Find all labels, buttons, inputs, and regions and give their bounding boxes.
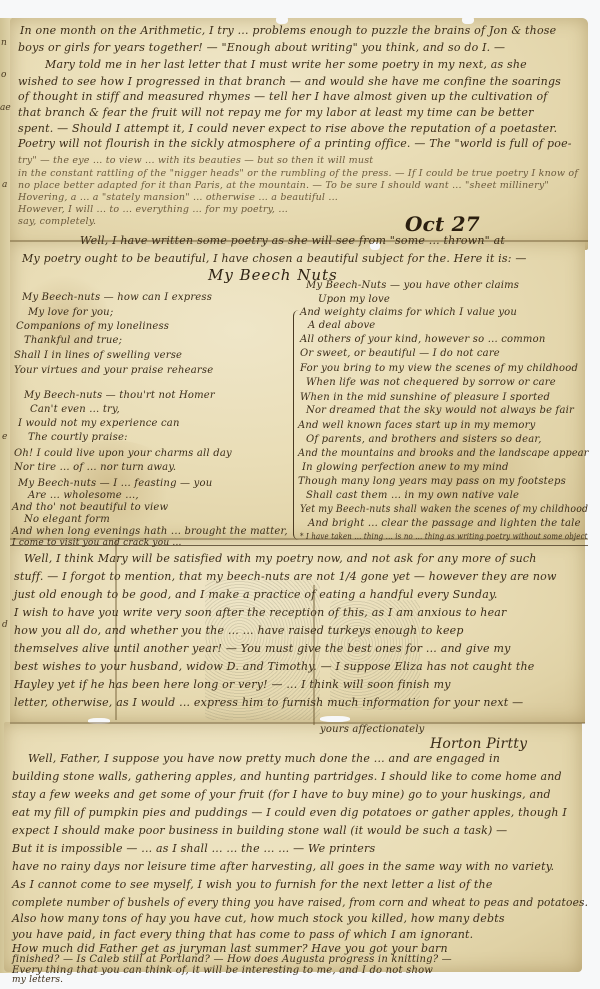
poem-line: Or sweet, or beautiful — I do not care — [300, 348, 500, 359]
text-line: stay a few weeks and get some of your fr… — [12, 788, 551, 801]
text-line: Poetry will not flourish in the sickly a… — [18, 137, 572, 150]
text-line: eat my fill of pumpkin pies and puddings… — [12, 806, 567, 819]
text-line: Hayley yet if he has been here long or v… — [14, 678, 451, 691]
poem-line: All others of your kind, however so ... … — [300, 334, 545, 345]
poem-line: When life was not chequered by sorrow or… — [306, 377, 556, 388]
text-line: you have paid, in fact every thing that … — [12, 928, 473, 941]
text-line: try" — the eye ... to view ... with its … — [18, 155, 373, 166]
text-line: in the constant rattling of the "nigger … — [18, 168, 578, 179]
poem-line: Though many long years may pass on my fo… — [298, 476, 566, 487]
poem-line: I would not my experience can — [18, 418, 180, 429]
poem-line: Upon my love — [318, 294, 390, 305]
poem-line: Are ... wholesome ..., — [28, 490, 139, 501]
text-line: have no rainy days nor leisure time afte… — [12, 860, 554, 873]
poem-line: My love for you; — [28, 307, 113, 318]
poem-line: Can't even ... try, — [30, 404, 120, 415]
poem-line: And tho' not beautiful to view — [12, 502, 168, 513]
text-line: say, completely. — [18, 216, 96, 227]
text-line: letter, otherwise, as I would ... expres… — [14, 696, 523, 709]
poem-line: A deal above — [308, 320, 375, 331]
text-line: Well, I think Mary will be satisfied wit… — [24, 552, 537, 565]
text-line: finished? — Is Caleb still at Portland? … — [12, 954, 452, 965]
paper-tear — [462, 16, 474, 24]
poem-line: Thankful and true; — [24, 335, 122, 346]
text-line: complete number of bushels of every thin… — [12, 896, 588, 909]
poem-line: Shall cast them ... in my own native val… — [306, 490, 519, 501]
text-line: expect I should make poor business in bu… — [12, 824, 507, 837]
text-line: how you all do, and whether you the ... … — [14, 624, 464, 637]
text-line: my letters. — [12, 975, 63, 985]
text-line: stuff. — I forgot to mention, that my be… — [14, 570, 557, 583]
poem-line: Shall I in lines of swelling verse — [14, 350, 182, 361]
poem-line: Companions of my loneliness — [16, 321, 169, 332]
date-mark: Oct 27 — [405, 212, 480, 236]
poem-line: The courtly praise: — [28, 432, 128, 443]
fold-line — [10, 722, 585, 724]
text-line: Also how many tons of hay you have cut, … — [12, 912, 505, 925]
text-line: But it is impossible — ... as I shall ..… — [12, 842, 375, 855]
section-divider — [10, 545, 588, 546]
poem-line: And weighty claims for which I value you — [300, 307, 517, 318]
poem-line: And bright ... clear the passage and lig… — [308, 518, 581, 529]
poem-line: No elegant form — [24, 514, 110, 525]
poem-line: Your virtues and your praise rehearse — [14, 365, 213, 376]
text-line: My poetry ought to be beautiful, I have … — [22, 252, 527, 265]
poem-line: My Beech-nuts — I ... feasting — you — [18, 478, 212, 489]
text-line: However, I will ... to ... everything ..… — [18, 204, 288, 215]
text-line: In one month on the Arithmetic, I try ..… — [20, 24, 556, 37]
text-line: building stone walls, gathering apples, … — [12, 770, 562, 783]
text-line: best wishes to your husband, widow D. an… — [14, 660, 534, 673]
text-line: boys or girls for years together! — "Eno… — [18, 41, 505, 54]
poem-line: When in the mid sunshine of pleasure I s… — [300, 392, 550, 403]
poem-line: Nor dreamed that the sky would not alway… — [306, 405, 574, 416]
paper-tear — [276, 16, 288, 24]
poem-line: For you bring to my view the scenes of m… — [300, 363, 578, 374]
text-line: themselves alive until another year! — Y… — [14, 642, 511, 655]
poem-footnote: * I have taken ... thing ... is no ... t… — [300, 532, 588, 541]
text-line: I wish to have you write very soon after… — [14, 606, 507, 619]
poem-line: And when long evenings hath ... brought … — [12, 526, 288, 537]
text-line: that branch & fear the fruit will not re… — [18, 106, 534, 119]
poem-line: I come to visit you and crack you ... — [12, 538, 182, 548]
poem-line: My Beech-Nuts — you have other claims — [306, 280, 519, 291]
poem-line: And the mountains and brooks and the lan… — [298, 448, 589, 459]
text-line: wished to see how I progressed in that b… — [18, 75, 561, 88]
text-line: Every thing that you can think of, it wi… — [12, 965, 433, 976]
closing: yours affectionately — [320, 724, 425, 735]
poem-line: Yet my Beech-nuts shall waken the scenes… — [300, 504, 588, 515]
poem-line: Oh! I could live upon your charms all da… — [14, 448, 232, 459]
poem-line: Nor tire ... of ... nor turn away. — [14, 462, 176, 473]
text-line: Hovering, a ... a "stately mansion" ... … — [18, 192, 338, 203]
text-line: of thought in stiff and measured rhymes … — [18, 90, 548, 103]
poem-line: My Beech-nuts — thou'rt not Homer — [24, 390, 215, 401]
poem-line: Of parents, and brothers and sisters so … — [306, 434, 542, 445]
text-line: just old enough to be good, and I make a… — [14, 588, 498, 601]
poem-line: My Beech-nuts — how can I express — [22, 292, 212, 303]
text-line: As I cannot come to see myself, I wish y… — [12, 878, 493, 891]
text-line: Well, I have written some poetry as she … — [80, 234, 505, 247]
poem-line: And well known faces start up in my memo… — [298, 420, 535, 431]
text-line: Mary told me in her last letter that I m… — [45, 58, 527, 71]
text-line: Well, Father, I suppose you have now pre… — [28, 752, 500, 765]
signature: Horton Pirtty — [430, 736, 527, 752]
poem-line: In glowing perfection anew to my mind — [302, 462, 509, 473]
text-line: no place better adapted for it than Pari… — [18, 180, 549, 191]
text-line: spent. — Should I attempt it, I could ne… — [18, 122, 557, 135]
